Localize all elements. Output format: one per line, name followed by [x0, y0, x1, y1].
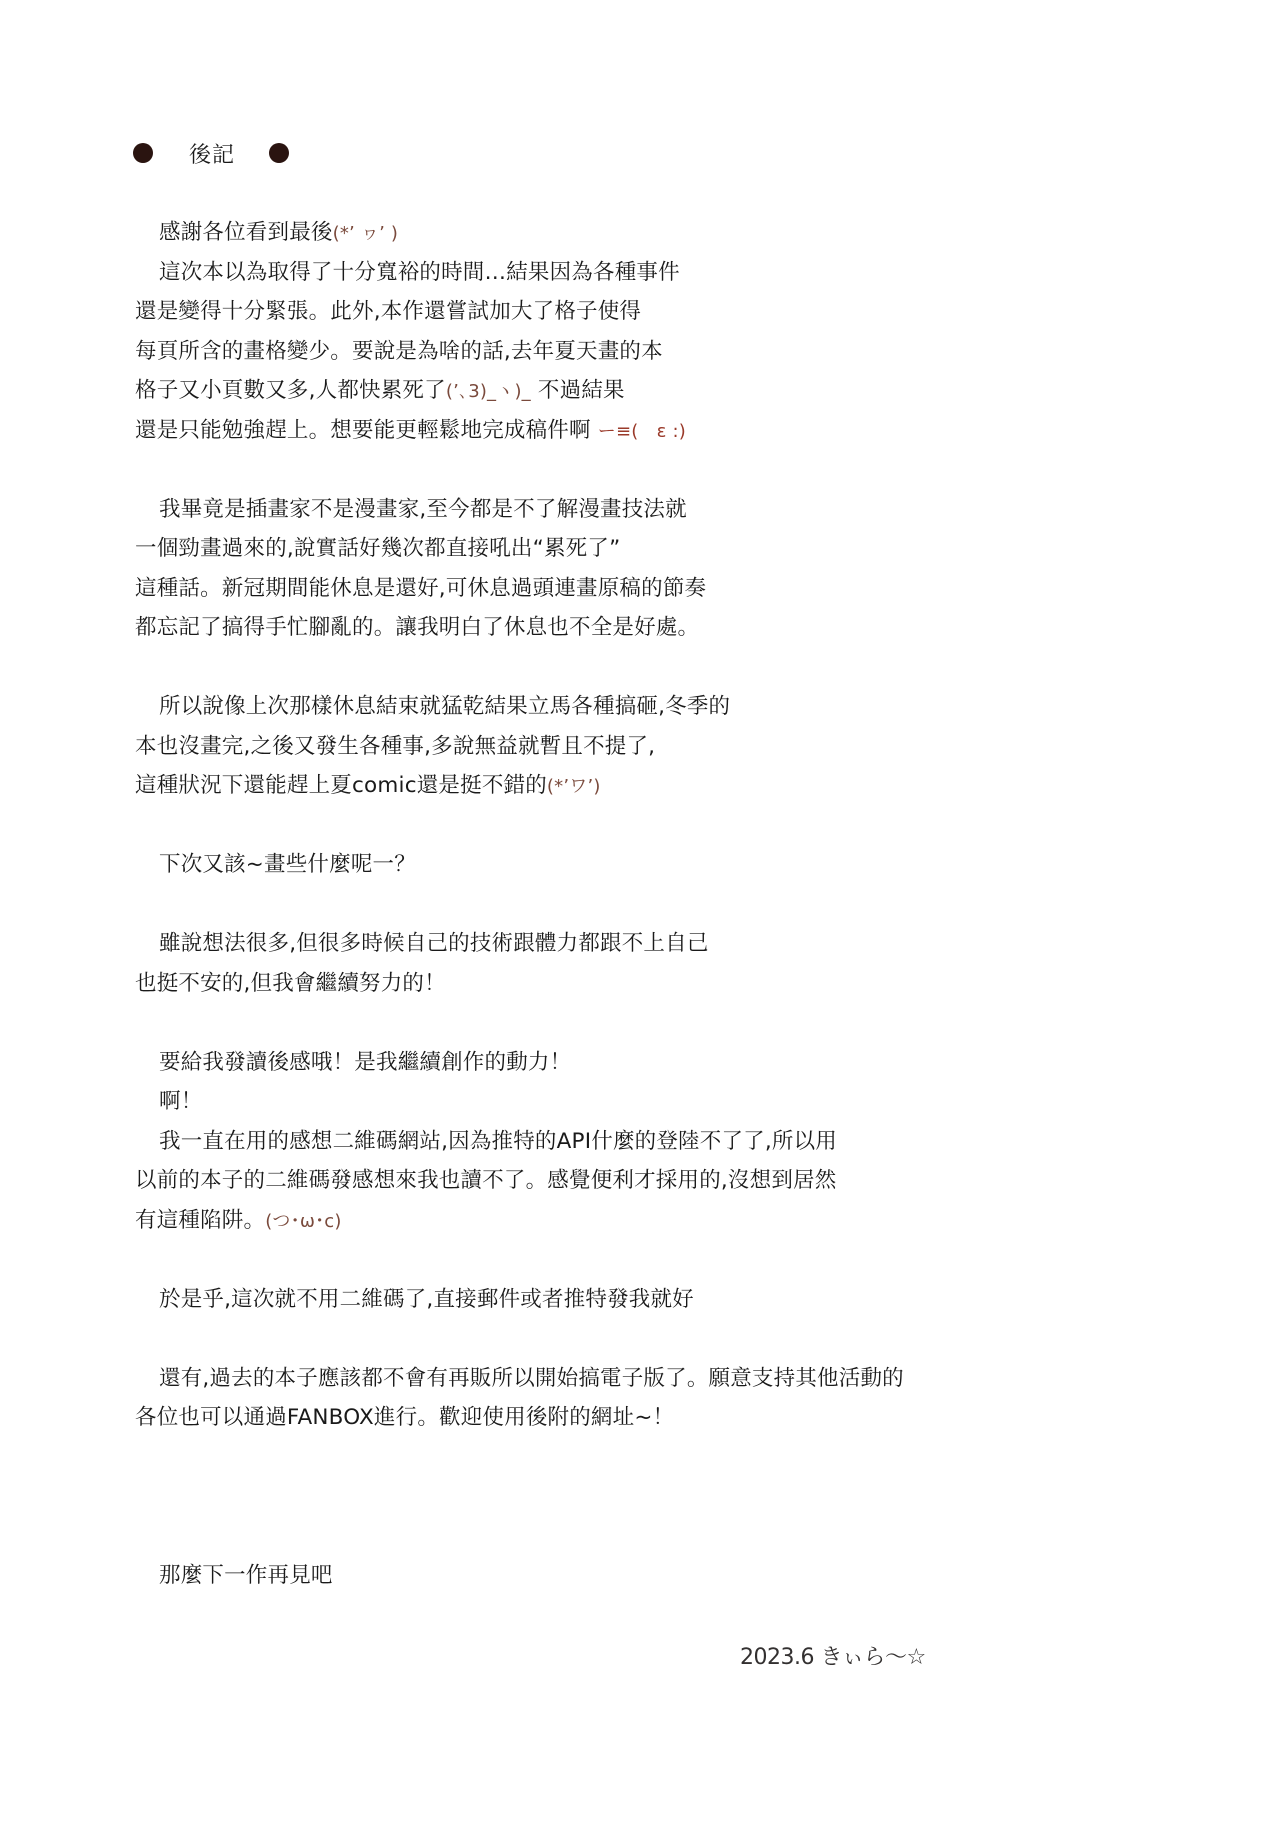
text-line: 還是只能勉強趕上。想要能更輕鬆地完成稿件啊 ー≡( ε :)	[135, 411, 1035, 451]
signature: 2023.6 きぃら〜☆	[740, 1640, 926, 1671]
text-line: 有這種陷阱。(つ･ω･c)	[135, 1201, 1035, 1241]
afterword-page: 後記 感謝各位看到最後(*’ ヮ’ ) 這次本以為取得了十分寬裕的時間…結果因為…	[0, 0, 1280, 1821]
blank-line	[135, 450, 1035, 490]
afterword-heading: 後記	[133, 140, 289, 166]
bullet-dot-icon	[269, 143, 289, 163]
text-line: 感謝各位看到最後(*’ ヮ’ )	[135, 213, 1035, 253]
text-line: 下次又該~畫些什麼呢一？	[135, 845, 1035, 885]
text-line: 還是變得十分緊張。此外,本作還嘗試加大了格子使得	[135, 292, 1035, 332]
text-line: 於是乎,這次就不用二維碼了,直接郵件或者推特發我就好	[135, 1280, 1035, 1320]
text-line: 啊！	[135, 1082, 1035, 1122]
text-line: 要給我發讀後感哦！是我繼續創作的動力！	[135, 1043, 1035, 1083]
kaomoji: ー≡( ε :)	[598, 421, 686, 442]
text-line: 所以說像上次那樣休息結束就猛乾結果立馬各種搞砸,冬季的	[135, 687, 1035, 727]
blank-line	[135, 1477, 1035, 1517]
kaomoji: (*’ワ’)	[547, 776, 601, 797]
text-line: 以前的本子的二維碼發感想來我也讀不了。感覺便利才採用的,沒想到居然	[135, 1161, 1035, 1201]
text-line: 那麼下一作再見吧	[135, 1556, 1035, 1596]
blank-line	[135, 1003, 1035, 1043]
text-line: 我畢竟是插畫家不是漫畫家,至今都是不了解漫畫技法就	[135, 490, 1035, 530]
blank-line	[135, 885, 1035, 925]
blank-line	[135, 1517, 1035, 1557]
text-line: 這次本以為取得了十分寬裕的時間…結果因為各種事件	[135, 253, 1035, 293]
text-line: 這種狀況下還能趕上夏comic還是挺不錯的(*’ワ’)	[135, 766, 1035, 806]
afterword-body: 感謝各位看到最後(*’ ヮ’ ) 這次本以為取得了十分寬裕的時間…結果因為各種事…	[135, 213, 1035, 1596]
blank-line	[135, 1438, 1035, 1478]
blank-line	[135, 1240, 1035, 1280]
text-line: 格子又小頁數又多,人都快累死了(’､3)_ヽ)_ 不過結果	[135, 371, 1035, 411]
kaomoji: (つ･ω･c)	[265, 1211, 341, 1232]
text-line: 也挺不安的,但我會繼續努力的！	[135, 964, 1035, 1004]
blank-line	[135, 648, 1035, 688]
text-line: 這種話。新冠期間能休息是還好,可休息過頭連畫原稿的節奏	[135, 569, 1035, 609]
kaomoji: (’､3)_ヽ)_	[446, 381, 531, 402]
blank-line	[135, 806, 1035, 846]
heading-title: 後記	[189, 138, 235, 169]
blank-line	[135, 1319, 1035, 1359]
text-line: 一個勁畫過來的,說實話好幾次都直接吼出“累死了”	[135, 529, 1035, 569]
text-line: 還有,過去的本子應該都不會有再販所以開始搞電子版了。願意支持其他活動的	[135, 1359, 1035, 1399]
text-line: 都忘記了搞得手忙腳亂的。讓我明白了休息也不全是好處。	[135, 608, 1035, 648]
bullet-dot-icon	[133, 143, 153, 163]
text-line: 本也沒畫完,之後又發生各種事,多說無益就暫且不提了,	[135, 727, 1035, 767]
text-line: 每頁所含的畫格變少。要說是為啥的話,去年夏天畫的本	[135, 332, 1035, 372]
text-line: 各位也可以通過FANBOX進行。歡迎使用後附的網址~！	[135, 1398, 1035, 1438]
text-line: 雖說想法很多,但很多時候自己的技術跟體力都跟不上自己	[135, 924, 1035, 964]
kaomoji: (*’ ヮ’ )	[333, 223, 399, 244]
text-line: 我一直在用的感想二維碼網站,因為推特的API什麼的登陸不了了,所以用	[135, 1122, 1035, 1162]
